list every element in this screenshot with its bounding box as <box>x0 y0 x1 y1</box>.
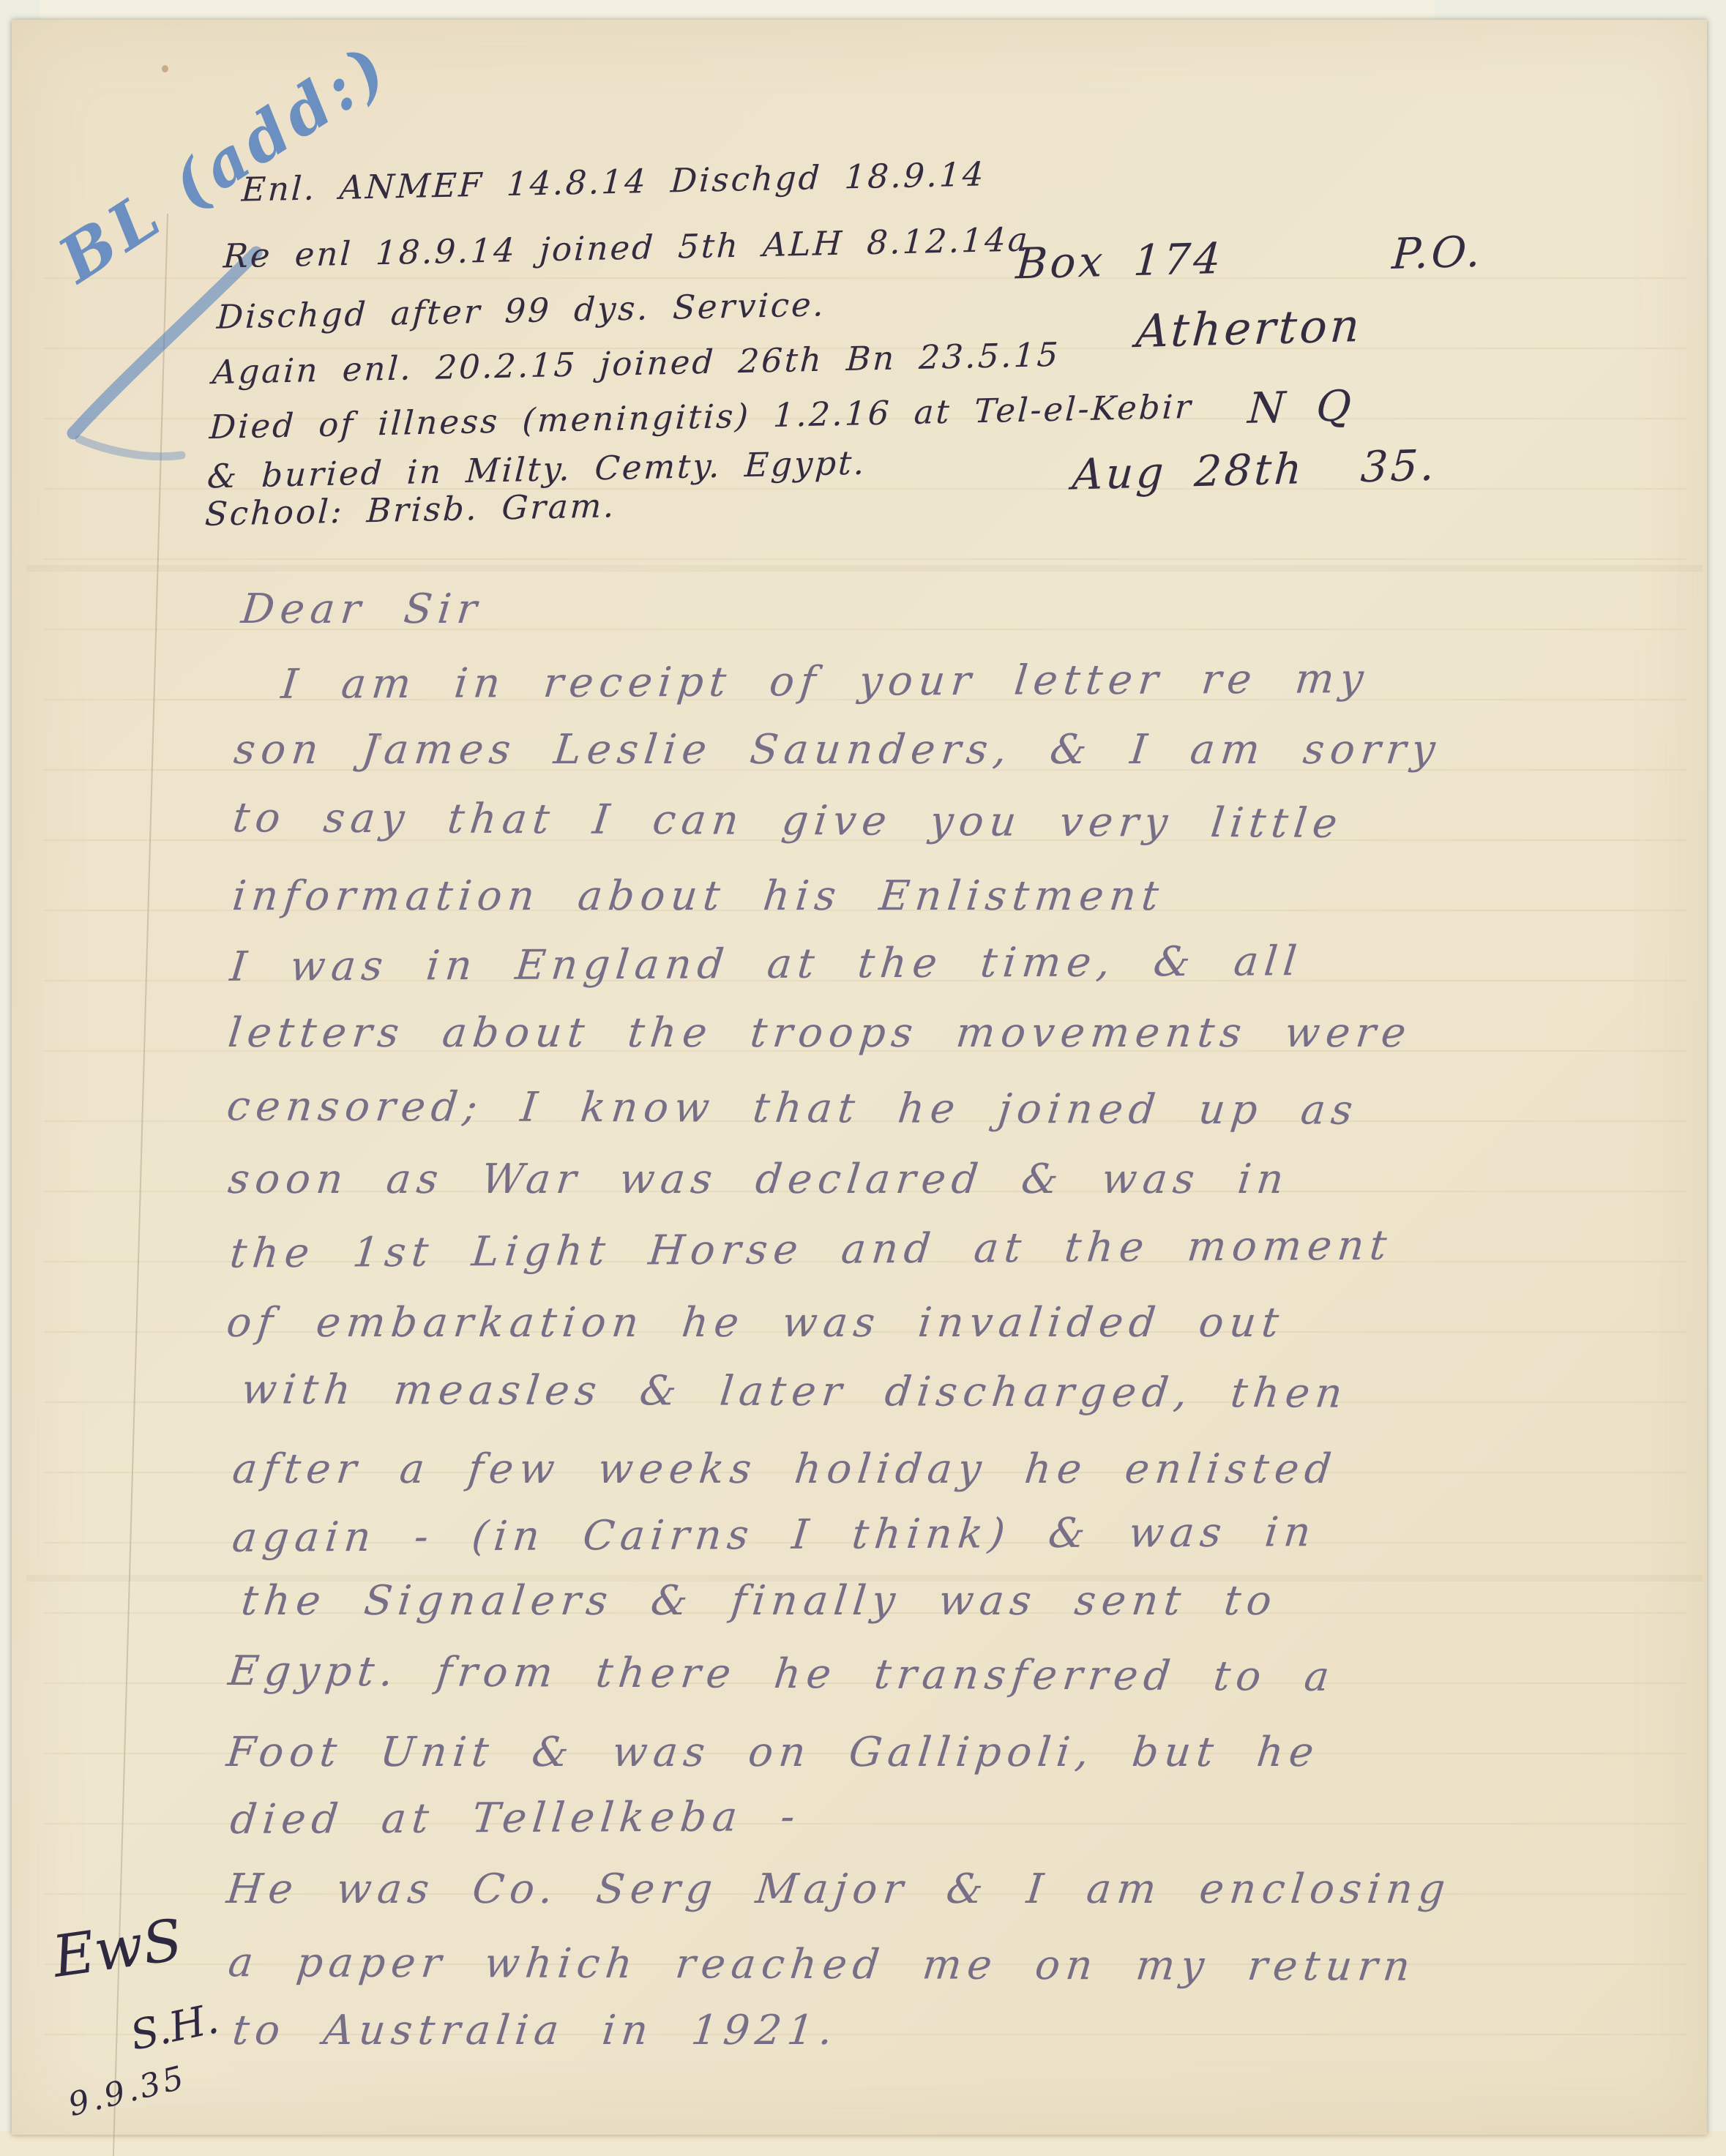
letter-line: died at Tellelkeba - <box>228 1793 803 1844</box>
letter-line: the 1st Light Horse and at the moment <box>228 1221 1394 1277</box>
date-line: Aug 28th 35. <box>1071 440 1438 499</box>
salutation: Dear Sir <box>239 585 485 633</box>
letter-line: Foot Unit & was on Gallipoli, but he <box>225 1729 1322 1776</box>
letter-line: letters about the troops movements were <box>226 1009 1414 1057</box>
letter-line: a paper which reached me on my return <box>226 1939 1419 1991</box>
letter-scan: BL (add:) Enl. ANMEF 14.8.14 Dischgd 18.… <box>0 0 1726 2156</box>
letter-line: to Australia in 1921. <box>231 2007 841 2054</box>
letter-line: He was Co. Serg Major & I am enclosing <box>225 1865 1454 1913</box>
letter-line: Egypt. from there he transferred to a <box>226 1647 1337 1701</box>
fold-line <box>26 565 1703 572</box>
letter-line: I was in England at the time, & all <box>228 937 1304 991</box>
letter-line: after a few weeks holiday he enlisted <box>231 1445 1340 1493</box>
letter-line: son James Leslie Saunders, & I am sorry <box>232 726 1443 774</box>
letter-line: to say that I can give you very little <box>231 794 1345 847</box>
under-sheet-edge <box>0 2131 1726 2156</box>
letter-line: censored; I know that he joined up as <box>225 1082 1361 1134</box>
letter-line: of embarkation he was invalided out <box>225 1299 1287 1347</box>
address-line-town: Atherton <box>1135 299 1364 358</box>
letter-line: again - (in Cairns I think) & was in <box>230 1508 1318 1562</box>
letter-line: I am in receipt of your letter re my <box>279 655 1371 708</box>
letter-line: soon as War was declared & was in <box>226 1156 1292 1203</box>
address-line-state: N Q <box>1247 381 1356 433</box>
paper-speck <box>162 65 168 72</box>
letter-line: the Signalers & finally was sent to <box>239 1577 1280 1625</box>
letter-line: information about his Enlistment <box>231 872 1167 920</box>
vertical-crease <box>113 214 168 2156</box>
letter-line: with measles & later discharged, then <box>239 1366 1350 1417</box>
